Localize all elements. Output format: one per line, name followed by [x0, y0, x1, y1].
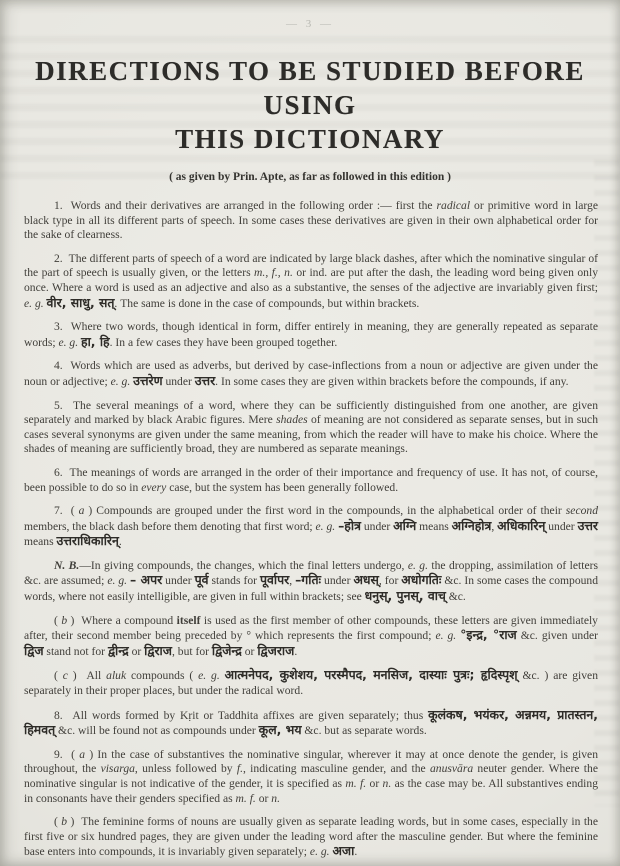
devanagari-text: वीर, साधु, सत्	[47, 295, 115, 310]
paragraph: 7. ( a ) Compounds are grouped under the…	[24, 504, 598, 550]
text-run: ) Where a compound	[67, 614, 177, 627]
devanagari-text: द्विजेन्द्र	[212, 643, 242, 658]
text-run: e. g.	[435, 629, 460, 642]
paragraph: 5. The several meanings of a word, where…	[24, 399, 598, 457]
text-run: visarga	[101, 762, 135, 775]
devanagari-text: पूर्वापर	[260, 572, 289, 587]
devanagari-text: आत्मनेपद, कुशेशय, परस्मैपद, मनसिज, दास्य…	[225, 667, 518, 682]
devanagari-text: उत्तर	[195, 373, 215, 388]
devanagari-text: हा, हि	[81, 334, 110, 349]
text-run: stands for	[209, 574, 260, 587]
devanagari-text: °इन्द्र, °राज	[460, 627, 517, 642]
text-run: ) Compounds are grouped under the first …	[84, 504, 565, 517]
text-run: anusvāra	[430, 762, 473, 775]
text-run: N. B.	[54, 559, 79, 572]
paragraph: 1. Words and their derivatives are arran…	[24, 199, 598, 243]
text-run: , for	[379, 574, 401, 587]
paragraph: ( b ) The feminine forms of nouns are us…	[24, 815, 598, 860]
text-run: .	[354, 845, 357, 858]
text-run: .	[119, 535, 122, 548]
text-run: —In giving compounds, the changes, which…	[79, 559, 408, 572]
text-run: means	[24, 535, 57, 548]
text-run: . The same is done in the case of compou…	[114, 297, 419, 310]
devanagari-text: अधोगतिः	[401, 572, 441, 587]
paragraph: ( b ) Where a compound itself is used as…	[24, 614, 598, 660]
paragraph: 8. All words formed by Kṛit or Taddhita …	[24, 708, 598, 739]
devanagari-text: द्विजराज	[257, 643, 294, 658]
devanagari-text: उत्तरेण	[133, 373, 162, 388]
text-run: under	[545, 520, 577, 533]
text-run: or	[366, 777, 382, 790]
text-run: or	[256, 792, 271, 805]
paragraph: N. B.—In giving compounds, the changes, …	[24, 559, 598, 605]
devanagari-text: अधस्	[353, 572, 378, 587]
paragraph: 4. Words which are used as adverbs, but …	[24, 359, 598, 389]
text-run: shades	[276, 413, 308, 426]
text-run: .	[294, 645, 297, 658]
page-number: — 3 —	[0, 18, 620, 30]
text-run: , but for	[172, 645, 212, 658]
devanagari-text: उत्तराधिकारिन्	[57, 533, 119, 548]
text-run: ) All	[68, 669, 106, 682]
text-run: &c. but as separate words.	[302, 724, 427, 737]
text-run: m. f.	[236, 792, 256, 805]
text-run: or	[129, 645, 144, 658]
text-run: 8. All words formed by Kṛit or Taddhita …	[54, 709, 428, 722]
text-run: n.	[383, 777, 392, 790]
paragraph: ( c ) All aluk compounds ( e. g. आत्मनेप…	[24, 668, 598, 698]
text-run: every	[141, 481, 166, 494]
text-run: means	[416, 520, 451, 533]
paragraphs: 1. Words and their derivatives are arran…	[24, 199, 598, 860]
text-run: 9. (	[54, 748, 79, 761]
text-run: &c. given under	[517, 629, 598, 642]
text-run: members, the black dash before them deno…	[24, 520, 316, 533]
paragraph: 2. The different parts of speech of a wo…	[24, 252, 598, 311]
text-run: under	[321, 574, 353, 587]
devanagari-text: –होत्र	[338, 518, 361, 533]
text-run: 1. Words and their derivatives are arran…	[54, 199, 437, 212]
text-run: under	[163, 375, 195, 388]
text-run: . In some cases they are given within br…	[215, 375, 568, 388]
paragraph: 9. ( a ) In the case of substantives the…	[24, 748, 598, 806]
text-run: case, but the system has been generally …	[166, 481, 398, 494]
text-run: n.	[271, 792, 280, 805]
page-title-line-1: DIRECTIONS TO BE STUDIED BEFORE USING	[30, 54, 590, 122]
devanagari-text: अग्निहोत्र	[452, 518, 492, 533]
page-subtitle: ( as given by Prin. Apte, as far as foll…	[0, 171, 620, 183]
text-run: e. g.	[408, 559, 428, 572]
devanagari-text: पूर्व	[195, 572, 209, 587]
text-run: stand not for	[44, 645, 108, 658]
page-title-line-2: THIS DICTIONARY	[30, 122, 590, 156]
devanagari-text: धनुस्, पुनस्, वाच्	[365, 588, 446, 603]
devanagari-text: अजा	[332, 843, 354, 858]
devanagari-text: द्वीन्द्र	[108, 643, 129, 658]
text-run: itself	[177, 614, 201, 627]
text-run: e. g.	[24, 297, 47, 310]
text-run: under	[162, 574, 194, 587]
text-run: m. f.	[345, 777, 366, 790]
text-run: &c. will be found not as compounds under	[55, 724, 259, 737]
text-run: &c.	[446, 590, 466, 603]
page-title: DIRECTIONS TO BE STUDIED BEFORE USING TH…	[30, 54, 590, 156]
text-run: , unless followed by	[135, 762, 237, 775]
devanagari-text: अधिकारिन्	[497, 518, 545, 533]
text-run: e. g.	[111, 375, 134, 388]
text-run: e. g.	[310, 845, 333, 858]
devanagari-text: – अपर	[130, 572, 162, 587]
text-run: (	[54, 669, 63, 682]
text-run: aluk	[106, 669, 126, 682]
scanned-dictionary-page: — 3 — DIRECTIONS TO BE STUDIED BEFORE US…	[0, 0, 620, 866]
text-run: radical	[437, 199, 471, 212]
text-run: . In a few cases they have been grouped …	[110, 336, 338, 349]
devanagari-text: उत्तर	[578, 518, 598, 533]
text-run: e. g.	[198, 669, 225, 682]
text-run: e. g.	[316, 520, 339, 533]
devanagari-text: द्विज	[24, 643, 44, 658]
text-run: under	[361, 520, 393, 533]
paragraph: 3. Where two words, though identical in …	[24, 320, 598, 350]
devanagari-text: –गतिः	[295, 572, 321, 587]
text-run: compounds (	[126, 669, 198, 682]
text-run: or	[242, 645, 257, 658]
paragraph: 6. The meanings of words are arranged in…	[24, 466, 598, 495]
devanagari-text: द्विराज	[144, 643, 172, 658]
text-run: 7. (	[54, 504, 79, 517]
text-run: , indicating masculine gender, and the	[243, 762, 430, 775]
text-run: second	[566, 504, 598, 517]
text-run: m., f., n.	[254, 266, 293, 279]
devanagari-text: कूल, भय	[259, 722, 302, 737]
text-run: e. g.	[58, 336, 81, 349]
text-run: e. g.	[107, 574, 130, 587]
devanagari-text: अग्नि	[393, 518, 416, 533]
